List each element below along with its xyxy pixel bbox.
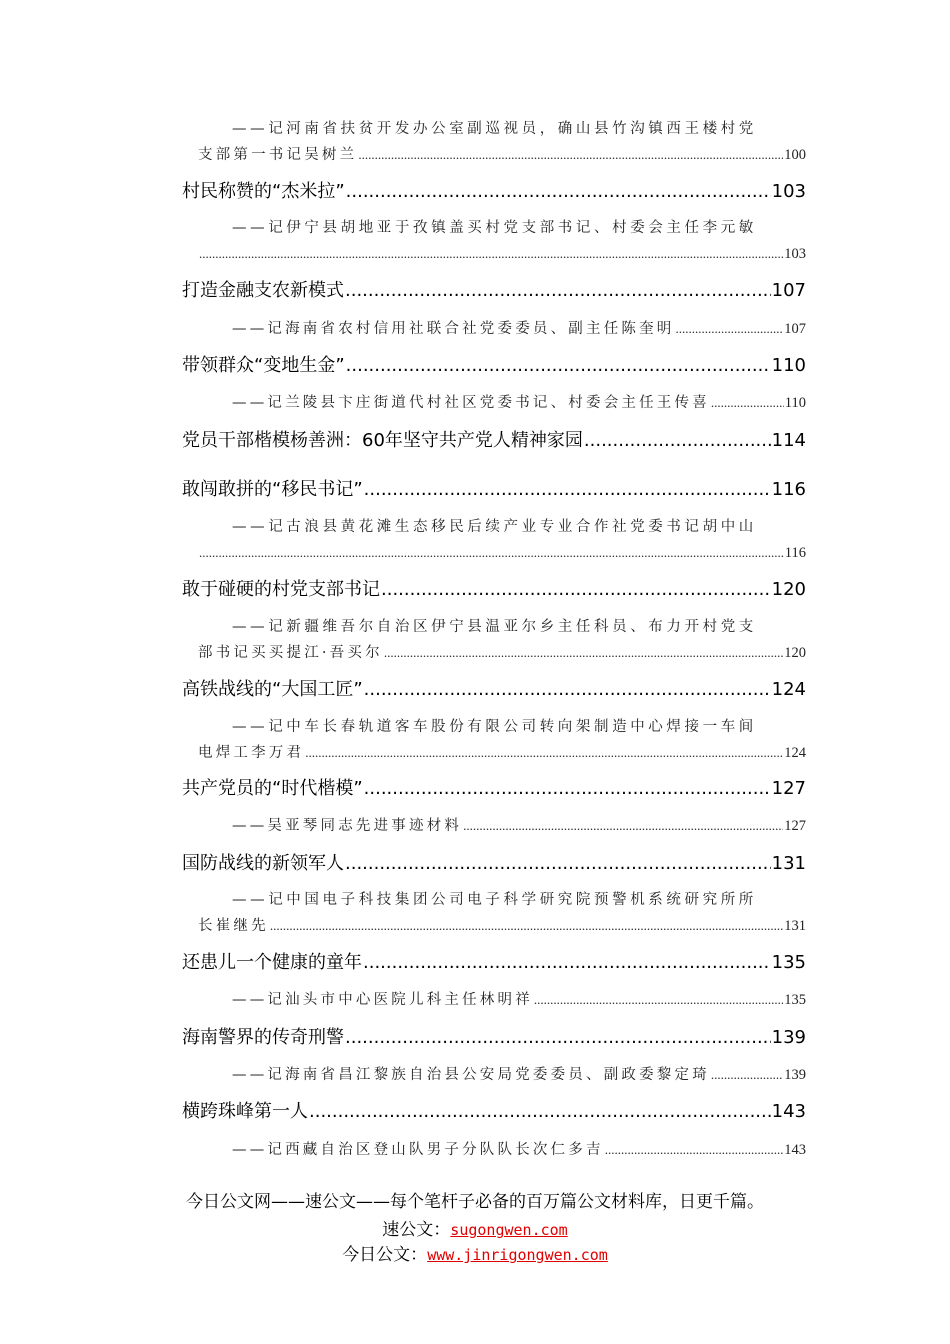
toc-subtitle-text: ——记兰陵县卞庄街道代村社区党委书记、村委会主任王传喜 xyxy=(232,392,710,414)
toc-entry-title[interactable]: 敢闯敢拼的“移民书记” 116 xyxy=(182,477,806,503)
toc-page-number: 103 xyxy=(772,179,806,205)
toc-page-number: 143 xyxy=(772,1099,806,1125)
toc-title-text: 高铁战线的“大国工匠” xyxy=(182,677,363,703)
leader-dots xyxy=(364,776,771,802)
leader-dots xyxy=(346,179,771,205)
toc-entry-title[interactable]: 打造金融支农新模式 107 xyxy=(182,278,806,304)
sugongwen-link[interactable]: sugongwen.com xyxy=(450,1221,567,1239)
footer-link-label: 速公文： xyxy=(382,1220,450,1240)
footer-link-label: 今日公文： xyxy=(342,1245,427,1265)
toc-subtitle-text: ——记中车长春轨道客车股份有限公司转向架制造中心焊接一车间 xyxy=(232,716,757,738)
toc-subtitle-line[interactable]: 116 xyxy=(198,542,806,564)
leader-dots xyxy=(584,428,771,454)
toc-page-number: 131 xyxy=(772,851,806,877)
toc-subtitle-text: ——记河南省扶贫开发办公室副巡视员，确山县竹沟镇西王楼村党 xyxy=(232,118,757,140)
toc-page-number: 110 xyxy=(772,353,806,379)
leader-dots xyxy=(381,577,771,603)
toc-page-number: 131 xyxy=(784,915,806,937)
leader-dots xyxy=(676,318,784,340)
toc-subtitle-line[interactable]: ——记兰陵县卞庄街道代村社区党委书记、村委会主任王传喜 110 xyxy=(232,392,806,414)
leader-dots xyxy=(345,278,771,304)
toc-entry-title[interactable]: 横跨珠峰第一人 143 xyxy=(182,1099,806,1125)
toc-page-number: 135 xyxy=(772,950,806,976)
toc-page-number: 120 xyxy=(784,642,806,664)
leader-dots xyxy=(384,642,783,664)
toc-title-text: 敢闯敢拼的“移民书记” xyxy=(182,477,363,503)
toc-title-text: 打造金融支农新模式 xyxy=(182,278,344,304)
leader-dots xyxy=(199,542,784,564)
toc-page-number: 124 xyxy=(772,677,806,703)
toc-title-text: 横跨珠峰第一人 xyxy=(182,1099,308,1125)
toc-subtitle-line: ——记河南省扶贫开发办公室副巡视员，确山县竹沟镇西王楼村党 xyxy=(232,118,806,140)
toc-title-text: 国防战线的新领军人 xyxy=(182,851,344,877)
toc-subtitle-line[interactable]: ——记海南省农村信用社联合社党委委员、副主任陈奎明 107 xyxy=(232,318,806,340)
toc-page-number: 124 xyxy=(784,742,806,764)
toc-page-number: 127 xyxy=(772,776,806,802)
toc-subtitle-line[interactable]: 支部第一书记吴树兰 100 xyxy=(198,144,806,166)
toc-entry-title[interactable]: 海南警界的传奇刑警 139 xyxy=(182,1025,806,1051)
toc-page-number: 116 xyxy=(785,542,806,564)
toc-subtitle-text: ——记汕头市中心医院儿科主任林明祥 xyxy=(232,989,533,1011)
toc-page-number: 100 xyxy=(784,144,806,166)
toc-subtitle-line: ——记中车长春轨道客车股份有限公司转向架制造中心焊接一车间 xyxy=(232,716,806,738)
toc-page-number: 139 xyxy=(772,1025,806,1051)
toc-title-text: 党员干部楷模杨善洲：60年坚守共产党人精神家园 xyxy=(182,428,583,454)
toc-subtitle-text: ——记海南省昌江黎族自治县公安局党委委员、副政委黎定琦 xyxy=(232,1064,710,1086)
jinrigongwen-link[interactable]: www.jinrigongwen.com xyxy=(427,1246,608,1264)
toc-page-number: 107 xyxy=(772,278,806,304)
toc-page-number: 103 xyxy=(784,243,806,265)
toc-subtitle-line[interactable]: ——记汕头市中心医院儿科主任林明祥 135 xyxy=(232,989,806,1011)
leader-dots xyxy=(305,742,783,764)
toc-subtitle-line[interactable]: 电焊工李万君 124 xyxy=(198,742,806,764)
footer-tagline: 今日公文网——速公文——每个笔杆子必备的百万篇公文材料库，日更千篇。 xyxy=(0,1187,950,1212)
toc-page-number: 116 xyxy=(772,477,806,503)
leader-dots xyxy=(345,851,771,877)
toc-subtitle-line[interactable]: 103 xyxy=(198,243,806,265)
toc-entry-title[interactable]: 还患儿一个健康的童年 135 xyxy=(182,950,806,976)
leader-dots xyxy=(358,144,783,166)
toc-title-text: 村民称赞的“杰米拉” xyxy=(182,179,345,205)
toc-title-text: 带领群众“变地生金” xyxy=(182,353,345,379)
toc-subtitle-text: 电焊工李万君 xyxy=(198,742,304,764)
toc-entry-title[interactable]: 高铁战线的“大国工匠” 124 xyxy=(182,677,806,703)
toc-entry-title[interactable]: 村民称赞的“杰米拉” 103 xyxy=(182,179,806,205)
leader-dots xyxy=(364,677,771,703)
toc-page-number: 139 xyxy=(784,1064,806,1086)
toc-subtitle-line: ——记古浪县黄花滩生态移民后续产业专业合作社党委书记胡中山 xyxy=(232,516,806,538)
toc-entry-title[interactable]: 带领群众“变地生金” 110 xyxy=(182,353,806,379)
toc-page-number: 143 xyxy=(784,1139,806,1161)
leader-dots xyxy=(346,353,771,379)
toc-entry-title[interactable]: 党员干部楷模杨善洲：60年坚守共产党人精神家园 114 xyxy=(182,428,806,454)
toc-subtitle-text: ——记中国电子科技集团公司电子科学研究院预警机系统研究所所 xyxy=(232,889,757,911)
footer-link-jinrigongwen: 今日公文：www.jinrigongwen.com xyxy=(0,1240,950,1265)
toc-subtitle-line[interactable]: 长崔继先 131 xyxy=(198,915,806,937)
leader-dots xyxy=(363,950,771,976)
toc-title-text: 共产党员的“时代楷模” xyxy=(182,776,363,802)
toc-subtitle-line[interactable]: 部书记买买提江·吾买尔 120 xyxy=(198,642,806,664)
toc-subtitle-line: ——记新疆维吾尔自治区伊宁县温亚尔乡主任科员、布力开村党支 xyxy=(232,616,806,638)
leader-dots xyxy=(345,1025,771,1051)
toc-page-number: 135 xyxy=(784,989,806,1011)
toc-subtitle-line: ——记中国电子科技集团公司电子科学研究院预警机系统研究所所 xyxy=(232,889,806,911)
toc-page-number: 120 xyxy=(772,577,806,603)
toc-page-number: 127 xyxy=(784,815,806,837)
toc-subtitle-text: ——记海南省农村信用社联合社党委委员、副主任陈奎明 xyxy=(232,318,675,340)
leader-dots xyxy=(534,989,783,1011)
leader-dots xyxy=(463,815,783,837)
toc-subtitle-text: ——记伊宁县胡地亚于孜镇盖买村党支部书记、村委会主任李元敏 xyxy=(232,217,757,239)
leader-dots xyxy=(199,243,783,265)
toc-title-text: 海南警界的传奇刑警 xyxy=(182,1025,344,1051)
toc-title-text: 还患儿一个健康的童年 xyxy=(182,950,362,976)
toc-subtitle-text: ——记新疆维吾尔自治区伊宁县温亚尔乡主任科员、布力开村党支 xyxy=(232,616,757,638)
toc-page-number: 110 xyxy=(785,392,806,414)
leader-dots xyxy=(605,1139,784,1161)
toc-subtitle-text: ——记西藏自治区登山队男子分队队长次仁多吉 xyxy=(232,1139,604,1161)
toc-page-number: 114 xyxy=(772,428,806,454)
toc-entry-title[interactable]: 国防战线的新领军人 131 xyxy=(182,851,806,877)
toc-subtitle-text: ——记古浪县黄花滩生态移民后续产业专业合作社党委书记胡中山 xyxy=(232,516,757,538)
leader-dots xyxy=(711,1064,783,1086)
leader-dots xyxy=(309,1099,771,1125)
toc-subtitle-line: ——记伊宁县胡地亚于孜镇盖买村党支部书记、村委会主任李元敏 xyxy=(232,217,806,239)
toc-subtitle-text: 部书记买买提江·吾买尔 xyxy=(198,642,383,664)
toc-subtitle-line[interactable]: ——吴亚琴同志先进事迹材料 127 xyxy=(232,815,806,837)
toc-subtitle-text: ——吴亚琴同志先进事迹材料 xyxy=(232,815,462,837)
toc-title-text: 敢于碰硬的村党支部书记 xyxy=(182,577,380,603)
leader-dots xyxy=(364,477,771,503)
toc-subtitle-text: 支部第一书记吴树兰 xyxy=(198,144,357,166)
toc-entry-title[interactable]: 敢于碰硬的村党支部书记 120 xyxy=(182,577,806,603)
toc-entry-title[interactable]: 共产党员的“时代楷模” 127 xyxy=(182,776,806,802)
footer-link-sugongwen: 速公文：sugongwen.com xyxy=(0,1215,950,1240)
toc-subtitle-line[interactable]: ——记海南省昌江黎族自治县公安局党委委员、副政委黎定琦 139 xyxy=(232,1064,806,1086)
leader-dots xyxy=(270,915,783,937)
leader-dots xyxy=(711,392,784,414)
toc-subtitle-line[interactable]: ——记西藏自治区登山队男子分队队长次仁多吉 143 xyxy=(232,1139,806,1161)
toc-subtitle-text: 长崔继先 xyxy=(198,915,269,937)
toc-page-number: 107 xyxy=(784,318,806,340)
